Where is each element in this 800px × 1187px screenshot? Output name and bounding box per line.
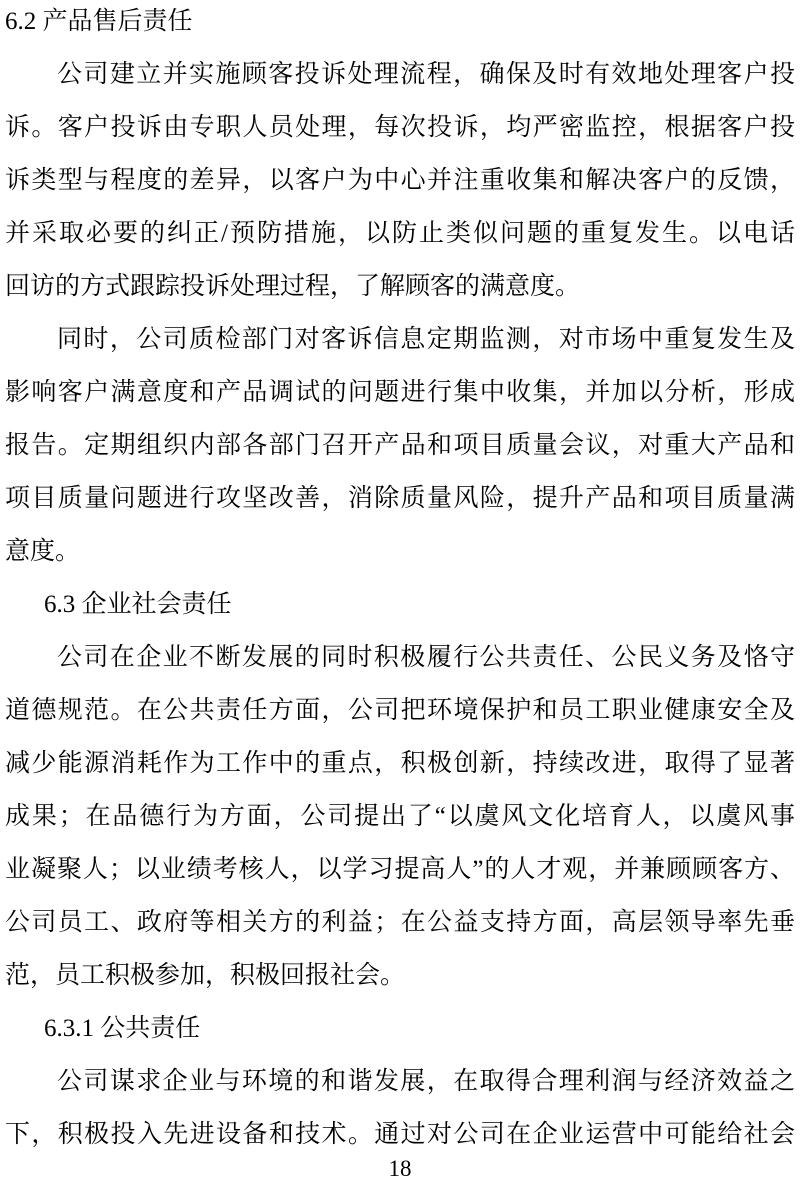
paragraph-line: 成果；在品德行为方面，公司提出了“以虞风文化培育人，以虞风事: [5, 790, 795, 843]
paragraph-line: 项目质量问题进行攻坚改善，消除质量风险，提升产品和项目质量满: [5, 472, 795, 525]
paragraph-line: 意度。: [5, 525, 795, 578]
paragraph-line: 报告。定期组织内部各部门召开产品和项目质量会议，对重大产品和: [5, 419, 795, 472]
paragraph-line: 公司谋求企业与环境的和谐发展，在取得合理利润与经济效益之: [5, 1055, 795, 1108]
heading-6-3: 6.3 企业社会责任: [5, 578, 795, 631]
paragraph-line: 范，员工积极参加，积极回报社会。: [5, 949, 795, 1002]
paragraph-line: 影响客户满意度和产品调试的问题进行集中收集，并加以分析，形成: [5, 366, 795, 419]
paragraph-line: 同时，公司质检部门对客诉信息定期监测，对市场中重复发生及: [5, 313, 795, 366]
paragraph-line: 公司建立并实施顾客投诉处理流程，确保及时有效地处理客户投: [5, 48, 795, 101]
paragraph-line: 回访的方式跟踪投诉处理过程，了解顾客的满意度。: [5, 260, 795, 313]
paragraph-complaint-handling: 公司建立并实施顾客投诉处理流程，确保及时有效地处理客户投 诉。客户投诉由专职人员…: [5, 48, 795, 313]
document-page: 6.2 产品售后责任 公司建立并实施顾客投诉处理流程，确保及时有效地处理客户投 …: [0, 0, 800, 1187]
paragraph-line: 公司员工、政府等相关方的利益；在公益支持方面，高层领导率先垂: [5, 896, 795, 949]
paragraph-line: 道德规范。在公共责任方面，公司把环境保护和员工职业健康安全及: [5, 684, 795, 737]
paragraph-public-responsibility: 公司谋求企业与环境的和谐发展，在取得合理利润与经济效益之 下，积极投入先进设备和…: [5, 1055, 795, 1161]
paragraph-line: 减少能源消耗作为工作中的重点，积极创新，持续改进，取得了显著: [5, 737, 795, 790]
paragraph-line: 并采取必要的纠正/预防措施，以防止类似问题的重复发生。以电话: [5, 207, 795, 260]
paragraph-quality-monitoring: 同时，公司质检部门对客诉信息定期监测，对市场中重复发生及 影响客户满意度和产品调…: [5, 313, 795, 578]
document-content: 6.2 产品售后责任 公司建立并实施顾客投诉处理流程，确保及时有效地处理客户投 …: [5, 0, 795, 1161]
paragraph-line: 业凝聚人；以业绩考核人，以学习提高人”的人才观，并兼顾顾客方、: [5, 843, 795, 896]
heading-6-2: 6.2 产品售后责任: [5, 0, 795, 48]
paragraph-social-responsibility: 公司在企业不断发展的同时积极履行公共责任、公民义务及恪守 道德规范。在公共责任方…: [5, 631, 795, 1002]
paragraph-line: 诉。客户投诉由专职人员处理，每次投诉，均严密监控，根据客户投: [5, 101, 795, 154]
heading-6-3-1: 6.3.1 公共责任: [5, 1002, 795, 1055]
page-number: 18: [0, 1157, 800, 1180]
paragraph-line: 诉类型与程度的差异，以客户为中心并注重收集和解决客户的反馈，: [5, 154, 795, 207]
paragraph-line: 下，积极投入先进设备和技术。通过对公司在企业运营中可能给社会: [5, 1108, 795, 1161]
paragraph-line: 公司在企业不断发展的同时积极履行公共责任、公民义务及恪守: [5, 631, 795, 684]
